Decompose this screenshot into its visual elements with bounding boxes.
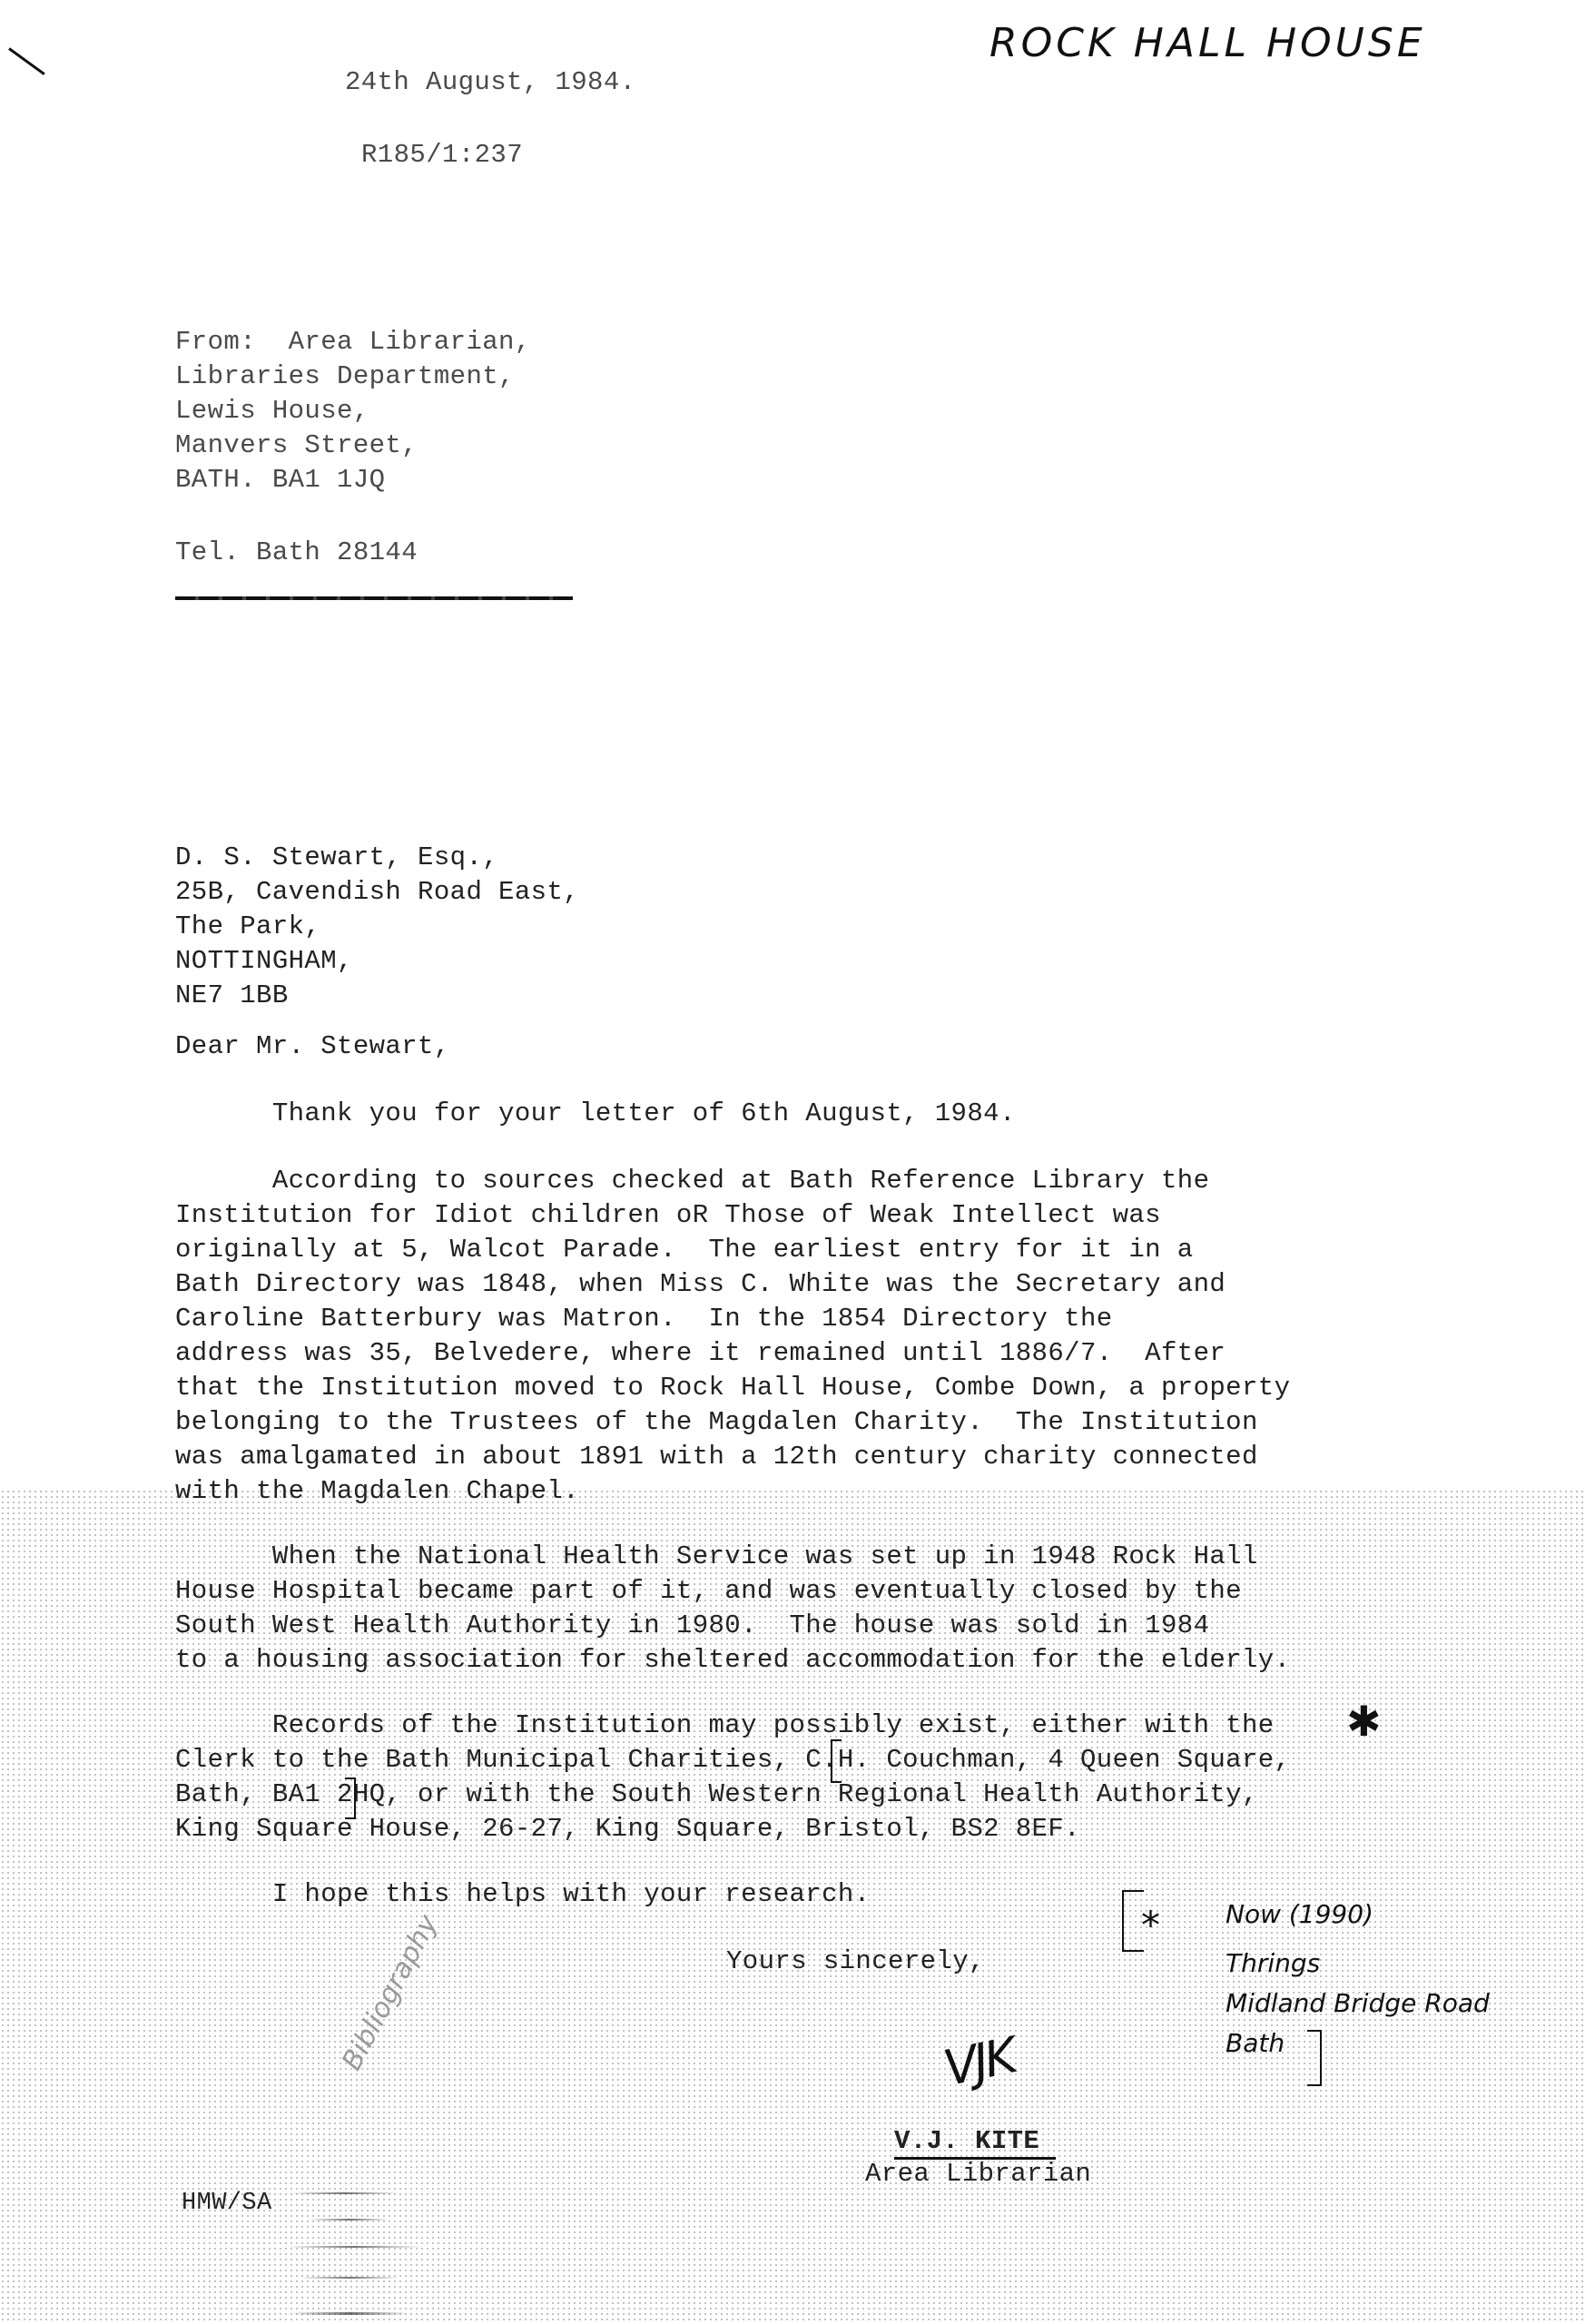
body-line: with the Magdalen Chapel. [175,1474,1290,1509]
signature: VJK [939,2027,1019,2097]
salutation: Dear Mr. Stewart, [175,1029,450,1064]
recipient-line: NE7 1BB [175,979,579,1013]
margin-note-line: Bath [1226,2028,1285,2058]
valediction: Yours sincerely, [726,1945,985,1979]
letter-page: ROCK HALL HOUSE 24th August, 1984. R185/… [0,0,1585,2324]
body-line: Bath, BA1 2HQ, or with the South Western… [175,1777,1290,1812]
diagonal-stroke-icon [8,47,45,75]
body-line: When the National Health Service was set… [175,1540,1290,1574]
body-line: Clerk to the Bath Municipal Charities, C… [175,1743,1290,1777]
recipient-line: D. S. Stewart, Esq., [175,841,579,875]
body-line: belonging to the Trustees of the Magdale… [175,1405,1290,1440]
reference-initials: HMW/SA [182,2186,272,2221]
scan-streak [309,2219,390,2221]
margin-note-line: Midland Bridge Road [1226,1988,1490,2018]
body-line: to a housing association for sheltered a… [175,1643,1290,1678]
sender-line: Libraries Department, [175,359,531,394]
body-line: Caroline Batterbury was Matron. In the 1… [175,1302,1290,1336]
sender-line: From: Area Librarian, [175,325,531,359]
body-line: was amalgamated in about 1891 with a 12t… [175,1440,1290,1474]
scan-streak [290,2192,399,2194]
letter-date: 24th August, 1984. [345,65,635,100]
sender-address: From: Area Librarian, Libraries Departme… [175,325,531,497]
handwritten-heading: ROCK HALL HOUSE [989,20,1426,66]
sender-line: BATH. BA1 1JQ [175,463,531,497]
body-line: South West Health Authority in 1980. The… [175,1609,1290,1643]
body-line: originally at 5, Walcot Parade. The earl… [175,1233,1290,1267]
recipient-line: NOTTINGHAM, [175,944,579,979]
reference-number: R185/1:237 [361,138,523,172]
divider-rule [175,596,573,600]
body-line: address was 35, Belvedere, where it rema… [175,1336,1290,1371]
paragraph-thanks: Thank you for your letter of 6th August,… [175,1097,1016,1131]
sender-telephone: Tel. Bath 28144 [175,536,418,570]
body-line: King Square House, 26-27, King Square, B… [175,1812,1290,1846]
paragraph-history: According to sources checked at Bath Ref… [175,1164,1290,1509]
handwritten-bracket-close [345,1777,356,1819]
margin-note-line: Thrings [1226,1948,1320,1978]
body-line: Institution for Idiot children oR Those … [175,1198,1290,1233]
signatory-title: Area Librarian [865,2157,1091,2191]
signatory-name: V.J. KITE [894,2124,1039,2159]
margin-note-asterisk-icon: * [1141,1906,1160,1945]
scan-streak [300,2277,399,2279]
sender-line: Manvers Street, [175,428,531,463]
recipient-line: 25B, Cavendish Road East, [175,875,579,910]
body-line: According to sources checked at Bath Ref… [175,1164,1290,1198]
recipient-line: The Park, [175,910,579,944]
scan-streak [286,2246,422,2248]
paragraph-nhs: When the National Health Service was set… [175,1540,1290,1678]
handwritten-bracket-open [831,1739,842,1783]
paragraph-closing: I hope this helps with your research. [175,1877,871,1912]
body-line: Records of the Institution may possibly … [175,1709,1290,1743]
recipient-address: D. S. Stewart, Esq., 25B, Cavendish Road… [175,841,579,1013]
body-line: House Hospital became part of it, and wa… [175,1574,1290,1609]
body-line: that the Institution moved to Rock Hall … [175,1371,1290,1405]
paragraph-records: Records of the Institution may possibly … [175,1709,1290,1846]
sender-line: Lewis House, [175,394,531,428]
margin-note-line: Now (1990) [1226,1899,1373,1929]
asterisk-icon: ✱ [1346,1700,1382,1742]
margin-note-bracket-close [1307,2030,1322,2086]
faint-scrawl: Bibliography [336,1910,444,2076]
body-line: Bath Directory was 1848, when Miss C. Wh… [175,1267,1290,1302]
scan-streak [290,2312,409,2315]
